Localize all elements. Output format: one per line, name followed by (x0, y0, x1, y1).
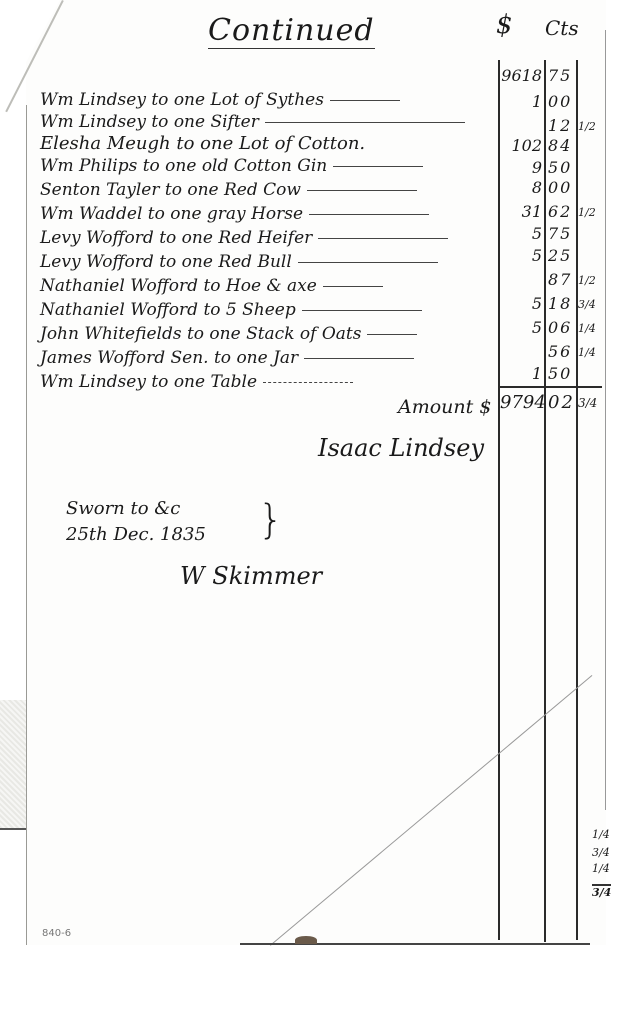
entry-text: Senton Tayler to one Red Cow (40, 180, 301, 200)
fill-dash (367, 334, 417, 335)
bottom-rule (240, 943, 590, 945)
entry-fraction: 1/2 (578, 274, 602, 287)
entry-text: Wm Lindsey to one Sifter (40, 112, 259, 132)
entry-text: Wm Waddel to one gray Horse (40, 204, 303, 224)
entry-text: Wm Lindsey to one Table (40, 372, 257, 392)
entry-text: Wm Philips to one old Cotton Gin (40, 156, 327, 176)
ledger-entry: Wm Waddel to one gray Horse (40, 204, 429, 224)
entry-cents: 06 (548, 318, 576, 337)
entry-dollars: 1 (500, 92, 542, 111)
right-page-edge (605, 30, 606, 810)
ledger-entry: Levy Wofford to one Red Heifer (40, 228, 448, 248)
entry-fraction: 3/4 (578, 298, 602, 311)
entry-cents: 00 (548, 178, 576, 197)
fill-dash (330, 100, 400, 101)
entry-dollars: 9 (500, 158, 542, 177)
administrator-signature: Isaac Lindsey (318, 434, 484, 462)
entry-cents: 50 (548, 158, 576, 177)
ruled-line-cents-right (576, 60, 578, 940)
entry-text: John Whitefields to one Stack of Oats (40, 324, 361, 344)
entry-dollars: 31 (500, 202, 542, 221)
oath-date: 25th Dec. 1835 (66, 522, 206, 548)
fill-dash (298, 262, 438, 263)
carried-dollars: 9618 (500, 66, 542, 85)
amount-label: Amount $ (398, 396, 491, 418)
fill-dash (318, 238, 448, 239)
entry-text: Nathaniel Wofford to Hoe & axe (40, 276, 317, 296)
entry-cents: 84 (548, 136, 576, 155)
entry-dollars: 5 (500, 246, 542, 265)
total-rule (498, 386, 602, 388)
oath-line: Sworn to &c (66, 496, 206, 522)
ledger-entry: Nathaniel Wofford to 5 Sheep (40, 300, 422, 320)
entry-cents: 50 (548, 364, 576, 383)
entry-cents: 62 (548, 202, 576, 221)
fill-dash (304, 358, 414, 359)
entry-dollars: 5 (500, 294, 542, 313)
dollars-column-header: $ (496, 10, 513, 40)
official-signature: W Skimmer (180, 562, 322, 590)
ledger-entry: John Whitefields to one Stack of Oats (40, 324, 417, 344)
entry-text: Levy Wofford to one Red Bull (40, 252, 292, 272)
entry-text: Levy Wofford to one Red Heifer (40, 228, 312, 248)
total-fraction: 3/4 (578, 396, 602, 410)
ledger-entry: James Wofford Sen. to one Jar (40, 348, 414, 368)
entry-dollars: 5 (500, 224, 542, 243)
brace-mark: } (258, 498, 283, 542)
margin-fraction: 3/4 (592, 846, 610, 859)
fill-dash (265, 122, 465, 123)
cents-column-header: Cts (545, 16, 579, 40)
underlying-page-shadow (0, 700, 26, 830)
entry-dollars: 1 (500, 364, 542, 383)
fill-dash (309, 214, 429, 215)
margin-fraction-total: 3/4 (592, 884, 611, 899)
carried-cents: 75 (548, 66, 576, 85)
ledger-entry: Levy Wofford to one Red Bull (40, 252, 438, 272)
ledger-entry: Wm Lindsey to one Lot of Sythes (40, 90, 400, 110)
oath-block: Sworn to &c 25th Dec. 1835 (66, 496, 206, 548)
margin-fraction: 1/4 (592, 828, 610, 841)
fill-dash (307, 190, 417, 191)
fill-dash (323, 286, 383, 287)
fill-dash (333, 166, 423, 167)
entry-cents: 18 (548, 294, 576, 313)
page-left-edge (26, 105, 27, 945)
total-dollars: 9794 (500, 392, 542, 413)
page-title: Continued (208, 14, 375, 49)
entry-cents: 75 (548, 224, 576, 243)
entry-dollars: 5 (500, 318, 542, 337)
ink-smudge (295, 936, 317, 944)
entry-fraction: 1/2 (578, 206, 602, 219)
archive-stamp: 840-6 (42, 928, 71, 939)
entry-cents: 12 (548, 116, 576, 135)
margin-fraction: 1/4 (592, 862, 610, 875)
ledger-entry: Nathaniel Wofford to Hoe & axe (40, 276, 383, 296)
entry-dollars: 102 (500, 136, 542, 155)
entry-text: Wm Lindsey to one Lot of Sythes (40, 90, 324, 110)
entry-fraction: 1/4 (578, 346, 602, 359)
ledger-entry: Wm Philips to one old Cotton Gin (40, 156, 423, 176)
entry-text: Elesha Meugh to one Lot of Cotton. (40, 133, 365, 154)
entry-cents: 25 (548, 246, 576, 265)
ledger-entry: Elesha Meugh to one Lot of Cotton. (40, 134, 365, 154)
entry-fraction: 1/4 (578, 322, 602, 335)
entry-dollars: 8 (500, 178, 542, 197)
entry-fraction: 1/2 (578, 120, 602, 133)
ledger-entry: Wm Lindsey to one Sifter (40, 112, 465, 132)
ledger-entry: Wm Lindsey to one Table (40, 372, 353, 392)
ruled-line-dollars-cents (544, 60, 546, 942)
entry-cents: 87 (548, 270, 576, 289)
total-cents: 02 (548, 392, 576, 413)
entry-cents: 00 (548, 92, 576, 111)
fill-dash (263, 382, 353, 383)
entry-cents: 56 (548, 342, 576, 361)
entry-text: Nathaniel Wofford to 5 Sheep (40, 300, 296, 320)
entry-text: James Wofford Sen. to one Jar (40, 348, 298, 368)
ledger-entry: Senton Tayler to one Red Cow (40, 180, 417, 200)
fill-dash (302, 310, 422, 311)
